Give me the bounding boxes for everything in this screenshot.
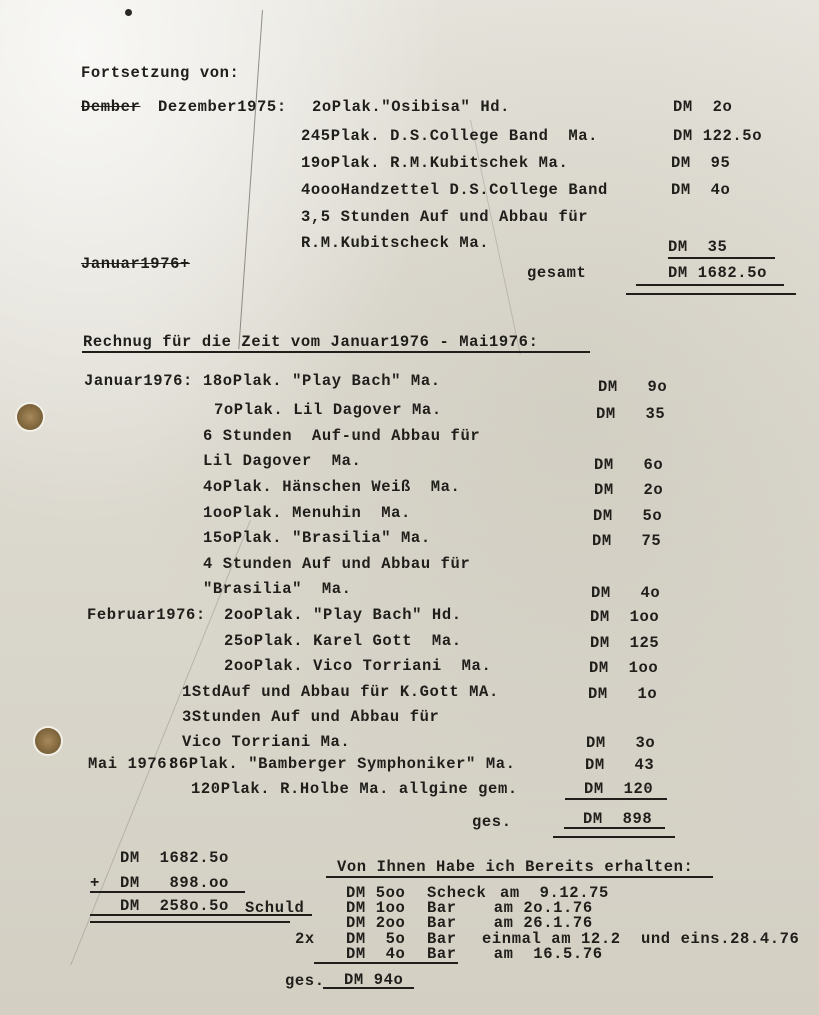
month-january-1976: Januar1976: (84, 372, 193, 390)
payments-title: Von Ihnen Habe ich Bereits erhalten: (337, 858, 693, 876)
payment-amount: DM 4o (346, 945, 405, 963)
line-item-amount: DM 1oo (589, 659, 658, 677)
line-item-desc: 86Plak. "Bamberger Symphoniker" Ma. (169, 755, 516, 773)
line-item-desc: "Brasilia" Ma. (203, 580, 352, 598)
payment-date: am 16.5.76 (464, 945, 603, 963)
payment-note: und eins.28.4.76 (641, 930, 799, 948)
struck-word: Dember (81, 98, 140, 116)
line-item-desc: 3,5 Stunden Auf und Abbau für (301, 208, 588, 226)
line-item-desc: 1ooPlak. Menuhin Ma. (203, 504, 411, 522)
line-item-desc: 7oPlak. Lil Dagover Ma. (214, 401, 442, 419)
line-item-desc: Vico Torriani Ma. (182, 733, 350, 751)
line-item-amount: DM 35 (596, 405, 665, 423)
struck-januar: Januar1976+ (81, 255, 190, 273)
line-item-amount: DM 2o (594, 481, 663, 499)
underline (323, 987, 414, 989)
line-item-desc: 245Plak. D.S.College Band Ma. (301, 127, 598, 145)
line-item-desc: 1StdAuf und Abbau für K.Gott MA. (182, 683, 499, 701)
underline (90, 921, 290, 923)
underline (553, 836, 675, 838)
line-item-amount: DM 1oo (590, 608, 659, 626)
month-february-1976: Februar1976: (87, 606, 206, 624)
line-item-desc: 4 Stunden Auf und Abbau für (203, 555, 470, 573)
line-item-desc: 4oPlak. Hänschen Weiß Ma. (203, 478, 460, 496)
december-total: DM 1682.5o (668, 264, 767, 282)
line-item-desc: 19oPlak. R.M.Kubitschek Ma. (301, 154, 568, 172)
underline (564, 827, 665, 829)
underline (668, 257, 775, 259)
underline (90, 914, 312, 916)
invoice-title: Rechnug für die Zeit vom Januar1976 - Ma… (83, 333, 538, 351)
line-item-desc: Lil Dagover Ma. (203, 452, 361, 470)
line-item-amount: DM 2o (673, 98, 732, 116)
line-item-desc: 120Plak. R.Holbe Ma. allgine gem. (191, 780, 518, 798)
line-item-amount: DM 125 (590, 634, 659, 652)
period-total: DM 898 (583, 810, 652, 828)
month-december-1975: Dezember1975: (158, 98, 287, 116)
binder-hole-top (17, 404, 43, 430)
typed-invoice-page: Fortsetzung von: Dember Dezember1975: 2o… (0, 0, 819, 1015)
month-may-1976: Mai 1976: (88, 755, 177, 773)
line-item-amount: DM 4o (671, 181, 730, 199)
summary-line-1: DM 1682.5o (120, 849, 229, 867)
continuation-label: Fortsetzung von: (81, 64, 239, 82)
summary-line-2: DM 898.oo (120, 874, 229, 892)
payments-total-label: ges. (285, 972, 325, 990)
paper-crease (238, 10, 263, 349)
line-item-amount: DM 75 (592, 532, 661, 550)
line-item-desc: R.M.Kubitscheck Ma. (301, 234, 489, 252)
total-label: ges. (472, 813, 512, 831)
line-item-amount: DM 9o (598, 378, 667, 396)
line-item-desc: 4oooHandzettel D.S.College Band (301, 181, 608, 199)
line-item-desc: 18oPlak. "Play Bach" Ma. (203, 372, 441, 390)
title-underline (82, 351, 590, 353)
line-item-desc: 3Stunden Auf und Abbau für (182, 708, 439, 726)
title-underline (326, 876, 713, 878)
line-item-desc: 6 Stunden Auf-und Abbau für (203, 427, 480, 445)
line-item-desc: 15oPlak. "Brasilia" Ma. (203, 529, 431, 547)
underline (90, 891, 245, 893)
line-item-amount: DM 122.5o (673, 127, 762, 145)
line-item-amount: DM 35 (668, 238, 727, 256)
line-item-amount: DM 3o (586, 734, 655, 752)
payment-multiplier: 2x (295, 930, 315, 948)
line-item-desc: 2oPlak."Osibisa" Hd. (312, 98, 510, 116)
underline (314, 962, 458, 964)
underline (636, 284, 784, 286)
payment-method: Bar (427, 945, 457, 963)
line-item-desc: 2ooPlak. Vico Torriani Ma. (224, 657, 491, 675)
binder-hole-bottom (35, 728, 61, 754)
total-label: gesamt (527, 264, 586, 282)
line-item-amount: DM 120 (584, 780, 653, 798)
line-item-desc: 25oPlak. Karel Gott Ma. (224, 632, 462, 650)
underline (626, 293, 796, 295)
summary-result: DM 258o.5o (120, 897, 229, 915)
line-item-desc: 2ooPlak. "Play Bach" Hd. (224, 606, 462, 624)
line-item-amount: DM 6o (594, 456, 663, 474)
punch-mark (125, 9, 132, 16)
line-item-amount: DM 5o (593, 507, 662, 525)
underline (565, 798, 667, 800)
line-item-amount: DM 95 (671, 154, 730, 172)
summary-plus-sign: + (90, 874, 100, 892)
line-item-amount: DM 1o (588, 685, 657, 703)
line-item-amount: DM 4o (591, 584, 660, 602)
line-item-amount: DM 43 (585, 756, 654, 774)
